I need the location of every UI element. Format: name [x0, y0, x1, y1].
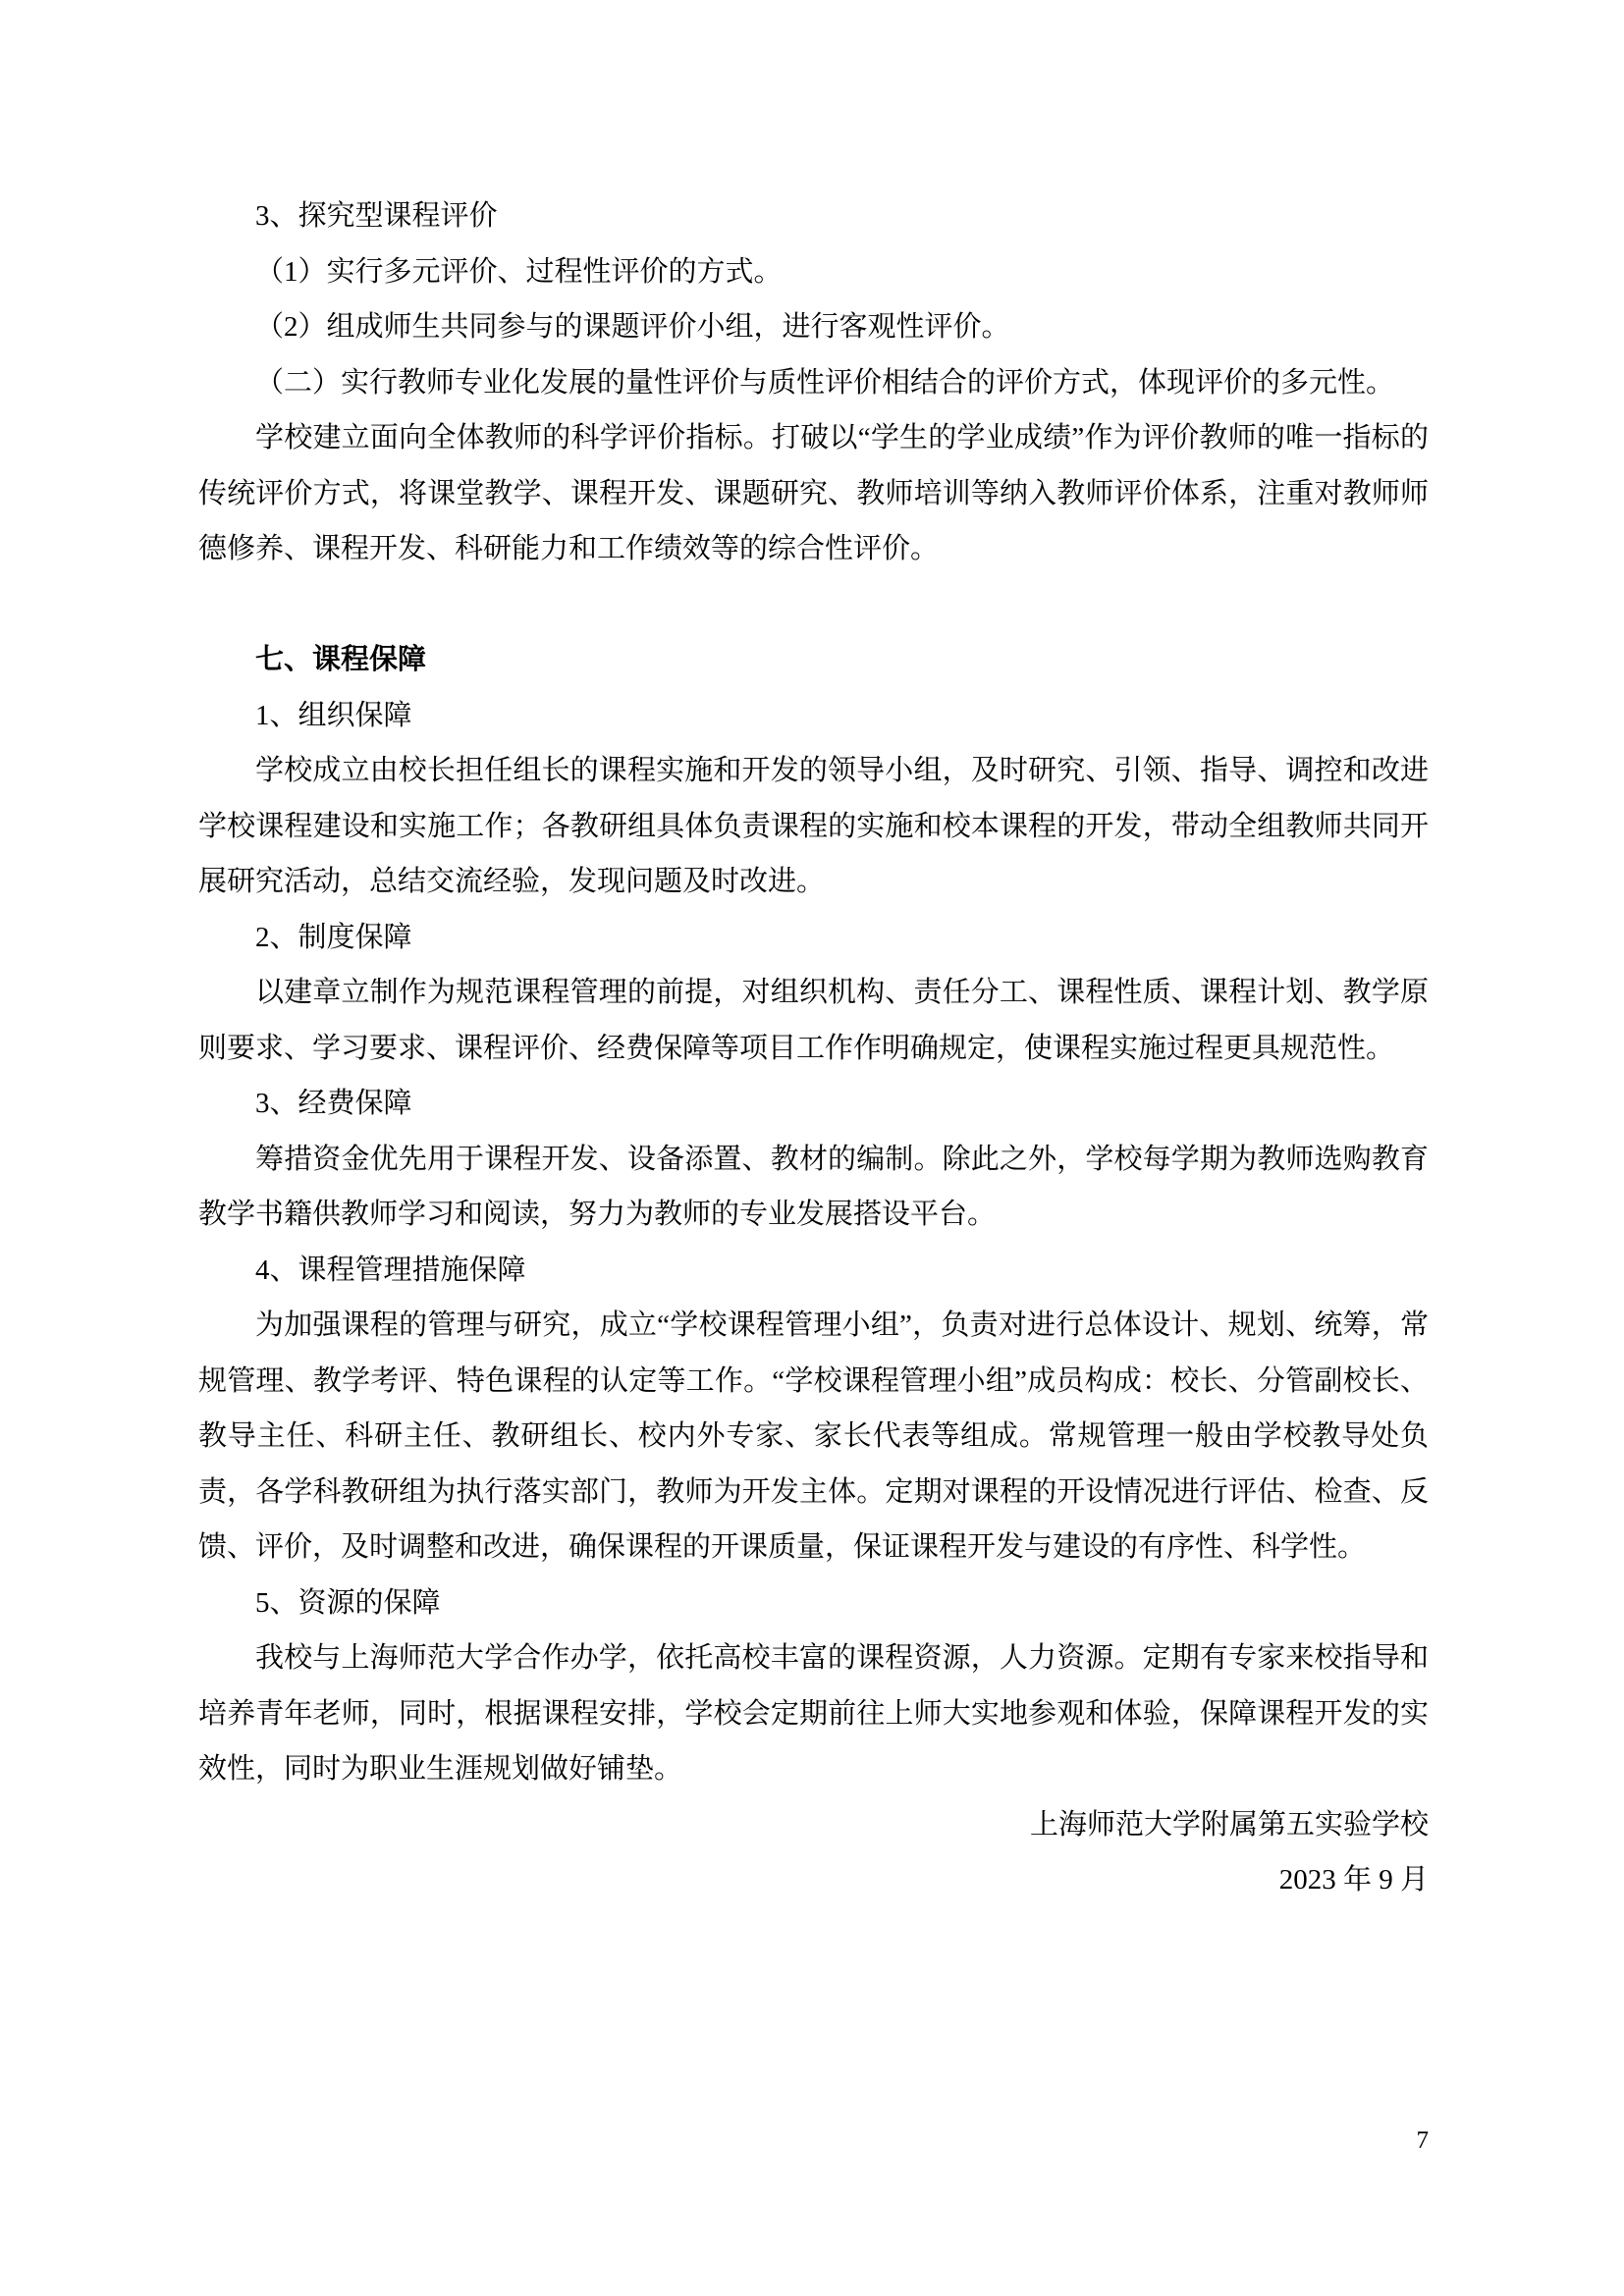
paragraph: 学校建立面向全体教师的科学评价指标。打破以“学生的学业成绩”作为评价教师的唯一指…	[198, 410, 1429, 577]
list-item: 1、组织保障	[198, 688, 1429, 744]
page-number: 7	[1417, 2128, 1430, 2153]
list-item: 4、课程管理措施保障	[198, 1243, 1429, 1299]
document-body: 3、探究型课程评价（1）实行多元评价、过程性评价的方式。（2）组成师生共同参与的…	[198, 188, 1429, 1908]
list-item: 3、经费保障	[198, 1076, 1429, 1132]
blank-line	[198, 577, 1429, 633]
list-item: 3、探究型课程评价	[198, 188, 1429, 244]
list-item: （2）组成师生共同参与的课题评价小组，进行客观性评价。	[198, 299, 1429, 355]
document-page: 3、探究型课程评价（1）实行多元评价、过程性评价的方式。（2）组成师生共同参与的…	[0, 0, 1624, 2296]
list-item: （1）实行多元评价、过程性评价的方式。	[198, 244, 1429, 300]
paragraph: 筹措资金优先用于课程开发、设备添置、教材的编制。除此之外，学校每学期为教师选购教…	[198, 1132, 1429, 1243]
paragraph: 以建章立制作为规范课程管理的前提，对组织机构、责任分工、课程性质、课程计划、教学…	[198, 965, 1429, 1076]
signature-line: 上海师范大学附属第五实验学校	[198, 1797, 1429, 1853]
signature-line: 2023 年 9 月	[198, 1852, 1429, 1908]
list-item: 2、制度保障	[198, 910, 1429, 966]
section-heading: 七、课程保障	[198, 632, 1429, 688]
list-item: 5、资源的保障	[198, 1575, 1429, 1631]
paragraph: 为加强课程的管理与研究，成立“学校课程管理小组”，负责对进行总体设计、规划、统筹…	[198, 1298, 1429, 1575]
paragraph: 我校与上海师范大学合作办学，依托高校丰富的课程资源，人力资源。定期有专家来校指导…	[198, 1630, 1429, 1797]
list-item: （二）实行教师专业化发展的量性评价与质性评价相结合的评价方式，体现评价的多元性。	[198, 355, 1429, 411]
paragraph: 学校成立由校长担任组长的课程实施和开发的领导小组，及时研究、引领、指导、调控和改…	[198, 743, 1429, 910]
